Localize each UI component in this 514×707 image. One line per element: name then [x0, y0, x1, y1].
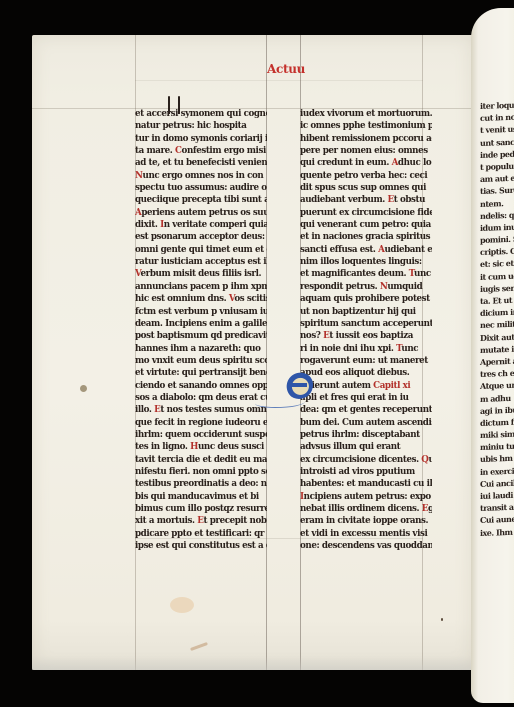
- text-line: iudex vivorum et mortuorum. Hu: [300, 108, 423, 120]
- line-text: unc: [401, 343, 418, 354]
- line-text: et accersi symonem qui cognomi: [135, 108, 267, 119]
- facing-text-line: idum inuip: [480, 220, 514, 234]
- text-line: ciendo et sanando omnes oppssos: [135, 380, 258, 392]
- line-text: spiritum sanctum acceperunt sicut et: [300, 318, 432, 329]
- line-text: sancti effusa est.: [300, 244, 378, 255]
- line-text: nebat illis ordinem dicens.: [300, 503, 422, 514]
- facing-text-line: Dixit aut: [480, 329, 514, 343]
- line-text: pere per nomen eius: omnes: [300, 145, 428, 156]
- facing-text-line: tias. Surg: [480, 183, 514, 197]
- line-text: tur in domo symonis coriarij iux: [135, 133, 267, 144]
- line-text: et virtute: qui pertransijt benefa: [135, 367, 267, 378]
- facing-text-line: tres ch et: [480, 366, 514, 380]
- line-text: ratur iusticiam acceptus est illi.: [135, 256, 267, 267]
- facing-text-line: iui laudi ac: [480, 488, 514, 502]
- text-line: tur in domo symonis coriarij iux: [135, 133, 258, 145]
- facing-text-line: unt sanctu: [480, 134, 514, 148]
- text-line: Incipiens autem petrus: expo: [300, 491, 423, 503]
- text-line: xit a mortuis. Et precepit nobis: [135, 515, 258, 527]
- text-line: dea: qm et gentes receperunt ve: [300, 404, 423, 416]
- text-line: habentes: et manducasti cu illis?: [300, 478, 423, 490]
- line-text: ipse est qui constitutus est a deo: [135, 540, 267, 551]
- text-line: ut non baptizentur hij qui: [300, 306, 423, 318]
- line-text: et magnificantes deum.: [300, 268, 409, 279]
- line-text: xit a mortuis.: [135, 515, 197, 526]
- line-text: ad te, et tu benefecisti veniendo.: [135, 157, 267, 168]
- line-text: tavit tercia die et dedit eu ma: [135, 454, 267, 465]
- ink-spot: [441, 618, 443, 621]
- text-line: rogaverunt eum: ut maneret: [300, 355, 423, 367]
- line-text: umquid: [387, 281, 422, 292]
- line-text: t precepit nobis: [204, 515, 267, 526]
- text-line: nebat illis ordinem dicens. Ego: [300, 503, 423, 515]
- line-text: ciendo et sanando omnes oppssos: [135, 380, 267, 391]
- text-line: spiritum sanctum acceperunt sicut et: [300, 318, 423, 330]
- line-text: pdicare ppto et testificari: qr: [135, 528, 264, 539]
- text-line: pdicare ppto et testificari: qr: [135, 528, 258, 540]
- facing-text-line: transit ai: [480, 500, 514, 514]
- text-line: audiebant verbum. Et obstu: [300, 194, 423, 206]
- line-text: qui venerant cum petro: quia: [300, 219, 431, 230]
- facing-text-line: mutate illi: [480, 342, 514, 356]
- line-text: dit spus scus sup omnes qui: [300, 182, 426, 193]
- facing-page-text: iter loquencut in nost venit usqunt sanc…: [480, 98, 514, 539]
- foxing-mark: [190, 642, 208, 651]
- text-line: hibent remissionem pccoru acci: [300, 133, 423, 145]
- text-line: illo. Et nos testes sumus omn: [135, 404, 258, 416]
- facing-text-line: it cum ue: [480, 269, 514, 283]
- text-line: et accersi symonem qui cognomi: [135, 108, 258, 120]
- text-line: ic omnes pphe testimonium per: [300, 120, 423, 132]
- line-text: testibus preordinatis a deo: no: [135, 478, 267, 489]
- line-text: one: descendens vas quoddam: [300, 540, 432, 551]
- facing-text-line: ndelis: qui: [480, 208, 514, 222]
- text-line: omni gente qui timet eum et op: [135, 244, 258, 256]
- facing-text-line: t venit usq: [480, 122, 514, 136]
- illuminated-initial: [285, 371, 313, 399]
- facing-text-line: pomini. Sal: [480, 232, 514, 246]
- facing-text-line: ta. Et ut: [480, 293, 514, 307]
- facing-text-line: Cui aune: [480, 512, 514, 526]
- text-line: one: descendens vas quoddam: [300, 540, 423, 552]
- text-line: petrus ihrlm: disceptabant: [300, 429, 423, 441]
- facing-text-line: ubis hm: [480, 451, 514, 465]
- text-line: et vidi in excessu mentis visi: [300, 528, 423, 540]
- facing-text-line: miniu tuo: [480, 439, 514, 453]
- facing-text-line: dictum fiu: [480, 415, 514, 429]
- line-text: nos?: [300, 330, 323, 341]
- text-line: post baptismum qd predicavit io: [135, 330, 258, 342]
- text-line: spectu tuo assumus: audire oia: [135, 182, 258, 194]
- line-text: post baptismum qd predicavit io: [135, 330, 267, 341]
- line-text: ut non baptizentur hij qui: [300, 306, 416, 317]
- line-text: iudex vivorum et mortuorum.: [300, 108, 432, 119]
- line-text: ri in noie dni ihu xpi.: [300, 343, 396, 354]
- line-text: ta mare.: [135, 145, 175, 156]
- line-text: natur petrus: hic hospita: [135, 120, 246, 131]
- text-line: testibus preordinatis a deo: no: [135, 478, 258, 490]
- line-text: puerunt ex circumcisione fideles: [300, 207, 432, 218]
- text-line: puerunt ex circumcisione fideles: [300, 207, 423, 219]
- line-text: ihrlm: quem occiderunt suspende: [135, 429, 267, 440]
- line-text: petrus ihrlm: disceptabant: [300, 429, 420, 440]
- facing-text-line: m adhu: [480, 390, 514, 404]
- text-line: ad te, et tu benefecisti veniendo.: [135, 157, 258, 169]
- line-text: audiebant verbum.: [300, 194, 388, 205]
- text-line: et virtute: qui pertransijt benefa: [135, 367, 258, 379]
- text-line: ihrlm: quem occiderunt suspende: [135, 429, 258, 441]
- facing-text-line: agi in ibu: [480, 403, 514, 417]
- text-line: ex circumcisione dicentes. Quid: [300, 454, 423, 466]
- text-line: hannes ihm a nazareth: quo: [135, 343, 258, 355]
- line-text: tes in ligno.: [135, 441, 190, 452]
- facing-text-line: inde pedib: [480, 147, 514, 161]
- text-line: ta mare. Confestim ergo misi: [135, 145, 258, 157]
- line-text: dhuc lo: [398, 157, 431, 168]
- line-text: deam. Incipiens enim a galilea: [135, 318, 267, 329]
- text-line: Verbum misit deus filiis isrl.: [135, 268, 258, 280]
- text-line: fctm est verbum p vniusam iu: [135, 306, 258, 318]
- line-text: n veritate comperi quia n: [164, 219, 267, 230]
- text-line: aquam quis prohibere potest: [300, 293, 423, 305]
- line-text: unc deus susci: [198, 441, 264, 452]
- text-line: dit spus scus sup omnes qui: [300, 182, 423, 194]
- facing-text-line: dicium in: [480, 305, 514, 319]
- facing-text-line: iter loquen: [480, 98, 514, 112]
- facing-text-line: am aut et u: [480, 171, 514, 185]
- facing-text-line: t populu et: [480, 159, 514, 173]
- text-line: ri in noie dni ihu xpi. Tunc: [300, 343, 423, 355]
- text-line: qui credunt in eum. Adhuc lo: [300, 157, 423, 169]
- line-text: sos a diabolo: qm deus erat cu: [135, 392, 267, 403]
- line-text: dea: qm et gentes receperunt ve: [300, 404, 432, 415]
- text-line: quente petro verba hec: ceci: [300, 170, 423, 182]
- line-text: dixit.: [135, 219, 160, 230]
- line-text: uid: [428, 454, 432, 465]
- line-text: udiebant e: [385, 244, 432, 255]
- line-text: os scitis qd: [234, 293, 267, 304]
- text-line: que fecit in regione iudeoru et: [135, 417, 258, 429]
- text-line: eram in civitate ioppe orans.: [300, 515, 423, 527]
- facing-text-line: Atque un: [480, 378, 514, 392]
- text-column-right: iudex vivorum et mortuorum. Huic omnes p…: [300, 108, 432, 552]
- foxing-stain: [170, 597, 194, 613]
- text-line: bimus cum illo postqz resurre: [135, 503, 258, 515]
- text-line: nim illos loquentes linguis:: [300, 256, 423, 268]
- line-text: rogaverunt eum: ut maneret: [300, 355, 428, 366]
- facing-text-line: in exercit: [480, 464, 514, 478]
- text-line: deam. Incipiens enim a galilea: [135, 318, 258, 330]
- line-text: apud eos aliquot diebus.: [300, 367, 409, 378]
- text-line: apud eos aliquot diebus.: [300, 367, 423, 379]
- line-text: go: [428, 503, 432, 514]
- facing-text-line: nec milit: [480, 317, 514, 331]
- text-line: nifestu fieri. non omni ppto sed: [135, 466, 258, 478]
- text-line: ipse est qui constitutus est a deo: [135, 540, 258, 552]
- line-text: nim illos loquentes linguis:: [300, 256, 422, 267]
- text-column-left: et accersi symonem qui cognominatur petr…: [135, 108, 267, 552]
- line-text: unc ergo omnes nos in con: [143, 170, 264, 181]
- line-text: annuncians pacem p ihm xpm:: [135, 281, 267, 292]
- text-line: est psonarum acceptor deus: sed i: [135, 231, 258, 243]
- facing-text-line: iugis ser ut: [480, 281, 514, 295]
- line-text: habentes: et manducasti cu illis?: [300, 478, 432, 489]
- line-text: apli et fres qui erat in iu: [300, 392, 409, 403]
- line-text: aquam quis prohibere potest: [300, 293, 430, 304]
- facing-text-line: ntem.: [480, 195, 514, 209]
- line-text: queciique precepta tibi sunt a dno.: [135, 194, 267, 205]
- text-line: udierunt autem Capitl xi: [300, 380, 423, 392]
- line-text: erbum misit deus filiis isrl.: [141, 268, 262, 279]
- line-text: quente petro verba hec: ceci: [300, 170, 427, 181]
- chapter-marker: Capitl xi: [373, 380, 410, 391]
- line-text: onfestim ergo misi: [182, 145, 266, 156]
- running-head: Actuu: [267, 60, 307, 78]
- text-line: bis qui manducavimus et bi: [135, 491, 258, 503]
- facing-text-line: Apernit auc: [480, 354, 514, 368]
- line-text: ex circumcisione dicentes.: [300, 454, 421, 465]
- line-text: ic omnes pphe testimonium per: [300, 120, 432, 131]
- line-text: ncipiens autem petrus: expo: [304, 491, 431, 502]
- line-text: omni gente qui timet eum et op: [135, 244, 267, 255]
- line-text: bis qui manducavimus et bi: [135, 491, 259, 502]
- line-text: spectu tuo assumus: audire oia: [135, 182, 267, 193]
- line-text: periens autem petrus os suum: [141, 207, 267, 218]
- text-line: et magnificantes deum. Tunc: [300, 268, 423, 280]
- text-line: Aperiens autem petrus os suum: [135, 207, 258, 219]
- text-line: annuncians pacem p ihm xpm:: [135, 281, 258, 293]
- line-text: que fecit in regione iudeoru et: [135, 417, 267, 428]
- line-text: advsus illum qui erant: [300, 441, 400, 452]
- facing-text-line: et: sic et: [480, 256, 514, 270]
- text-line: sancti effusa est. Audiebant e: [300, 244, 423, 256]
- line-text: t iussit eos baptiza: [329, 330, 413, 341]
- line-text: hibent remissionem pccoru acci: [300, 133, 432, 144]
- ink-spot: [80, 385, 87, 392]
- line-text: illo.: [135, 404, 154, 415]
- text-line: ratur iusticiam acceptus est illi.: [135, 256, 258, 268]
- text-line: natur petrus: hic hospita: [135, 120, 258, 132]
- line-text: t obstu: [394, 194, 425, 205]
- text-line: mo vnxit eum deus spiritu sco: [135, 355, 258, 367]
- line-text: mo vnxit eum deus spiritu sco: [135, 355, 267, 366]
- text-line: qui venerant cum petro: quia: [300, 219, 423, 231]
- rubricated-letter: H: [190, 441, 198, 452]
- text-line: hic est omnium dns. Vos scitis qd: [135, 293, 258, 305]
- text-line: et in naciones gracia spiritus: [300, 231, 423, 243]
- line-text: hic est omnium dns.: [135, 293, 229, 304]
- text-line: introisti ad viros pputium: [300, 466, 423, 478]
- line-text: eram in civitate ioppe orans.: [300, 515, 428, 526]
- line-text: bimus cum illo postqz resurre: [135, 503, 267, 514]
- line-text: et in naciones gracia spiritus: [300, 231, 430, 242]
- line-text: introisti ad viros pputium: [300, 466, 415, 477]
- line-text: t nos testes sumus omn: [160, 404, 266, 415]
- line-text: bum dei. Cum autem ascendisset: [300, 417, 432, 428]
- text-line: sos a diabolo: qm deus erat cu: [135, 392, 258, 404]
- line-text: et vidi in excessu mentis visi: [300, 528, 427, 539]
- text-line: nos? Et iussit eos baptiza: [300, 330, 423, 342]
- text-line: tes in ligno. Hunc deus susci: [135, 441, 258, 453]
- rubricated-letter: N: [135, 170, 143, 181]
- line-text: unc: [414, 268, 431, 279]
- text-line: bum dei. Cum autem ascendisset: [300, 417, 423, 429]
- facing-text-line: cut in nos: [480, 110, 514, 124]
- text-line: advsus illum qui erant: [300, 441, 423, 453]
- line-text: nifestu fieri. non omni ppto sed: [135, 466, 267, 477]
- facing-page-edge: iter loquencut in nost venit usqunt sanc…: [471, 8, 514, 703]
- rubricated-letter: N: [380, 281, 388, 292]
- line-text: qui credunt in eum.: [300, 157, 392, 168]
- text-line: apli et fres qui erat in iu: [300, 392, 423, 404]
- line-text: fctm est verbum p vniusam iu: [135, 306, 267, 317]
- text-line: pere per nomen eius: omnes: [300, 145, 423, 157]
- line-text: respondit petrus.: [300, 281, 380, 292]
- text-line: respondit petrus. Numquid: [300, 281, 423, 293]
- facing-text-line: criptis. Cr: [480, 244, 514, 258]
- text-line: queciique precepta tibi sunt a dno.: [135, 194, 258, 206]
- line-text: hannes ihm a nazareth: quo: [135, 343, 260, 354]
- text-line: tavit tercia die et dedit eu ma: [135, 454, 258, 466]
- text-line: Nunc ergo omnes nos in con: [135, 170, 258, 182]
- text-line: dixit. In veritate comperi quia n: [135, 219, 258, 231]
- line-text: est psonarum acceptor deus: sed i: [135, 231, 267, 242]
- facing-text-line: Cui ancilla: [480, 476, 514, 490]
- facing-text-line: miki sim: [480, 427, 514, 441]
- facing-text-line: ixe. Ihm: [480, 524, 514, 538]
- ruling-line: [135, 80, 423, 81]
